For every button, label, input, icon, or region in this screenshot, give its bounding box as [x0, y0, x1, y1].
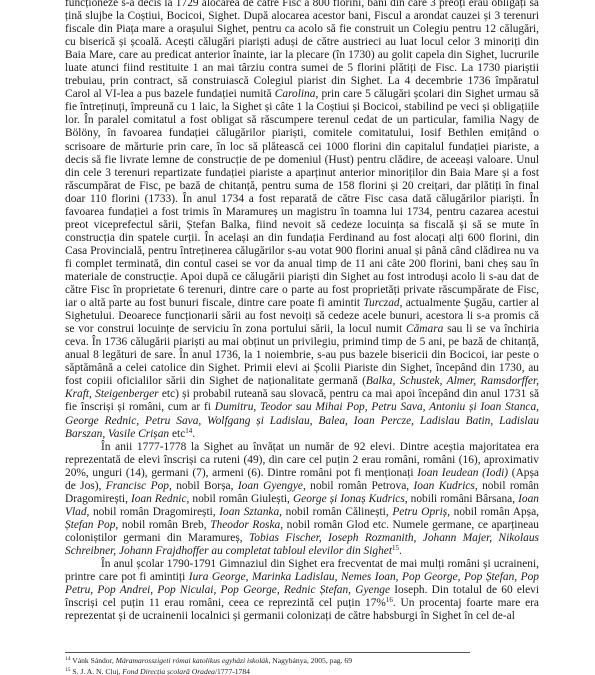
paragraph-2: În anii 1777-1778 la Sighet au învățat u… [65, 441, 539, 558]
italic-text: Ștefan Pop [65, 519, 115, 531]
italic-text: Ioan Rednic [131, 493, 187, 505]
paragraph-3: În anul școlar 1790-1791 Gimnaziul din S… [65, 558, 539, 623]
italic-text: George și Ionaș Kudrics [293, 493, 405, 505]
footnotes-section: 14 Vánk Sándor, Máramarosszigeti római k… [65, 652, 539, 675]
italic-text: Cămara [406, 323, 443, 335]
italic-text: Petru Opriș [392, 506, 447, 518]
footnote-number: 14 [65, 656, 71, 662]
italic-text: Ioan Sztanka [219, 506, 279, 518]
italic-text: Máramarosszigeti római katolikus egyházi… [116, 656, 269, 665]
italic-text: Dumitru, Teodor sau Mihai Pop, Petru Sav… [65, 401, 539, 439]
document-page: funcționeze s-a decis la 1729 alocarea d… [65, 0, 539, 623]
paragraph-1: funcționeze s-a decis la 1729 alocarea d… [65, 0, 539, 441]
italic-text: Iura George, Marinka Ladislau, Nemes Ioa… [65, 571, 539, 596]
italic-text: Ioan Gyengye [238, 480, 303, 492]
italic-text: Ioan Ieudean (Iodi) [417, 467, 508, 479]
italic-text: Theodor Roska [210, 519, 280, 531]
italic-text: Tobias Fischer, Ioseph Rozmanith, Johann… [65, 532, 539, 557]
italic-text: Turczad [363, 297, 399, 309]
italic-text: Fond Direcția școlară Oradea [122, 667, 215, 675]
italic-text: Francisc Pop [106, 480, 169, 492]
footnote-ref[interactable]: 15 [392, 544, 399, 552]
footnote-number: 15 [65, 667, 71, 673]
italic-text: Carolina [275, 88, 316, 100]
italic-text: Balka, Schustek, Almer, Ramsdorffer, Kra… [65, 375, 539, 400]
footnote-ref[interactable]: 16 [386, 596, 393, 604]
footnote-15: 15 S. J. A. N. Cluj, Fond Direcția școla… [65, 667, 539, 675]
footnote-14: 14 Vánk Sándor, Máramarosszigeti római k… [65, 656, 539, 667]
footnote-ref[interactable]: 14 [185, 427, 192, 435]
italic-text: Ioan Kudrics [414, 480, 475, 492]
footnote-divider [65, 652, 470, 653]
